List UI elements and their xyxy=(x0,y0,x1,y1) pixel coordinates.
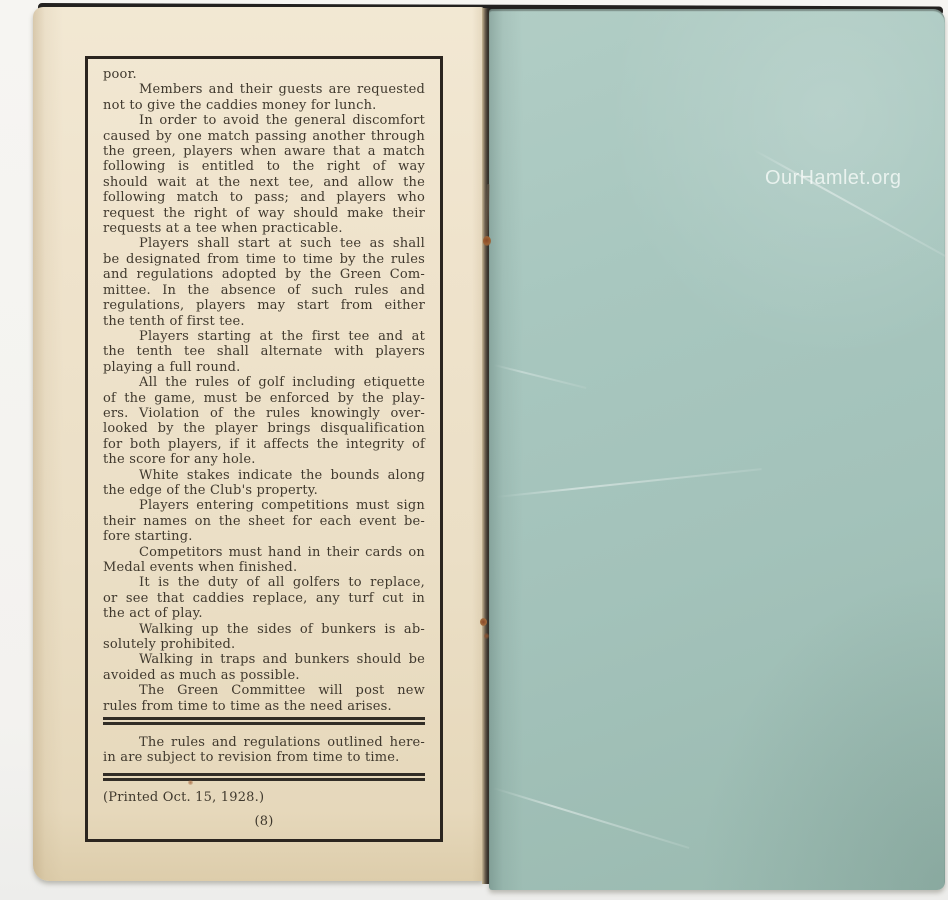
text-line: their names on the sheet for each event … xyxy=(103,514,425,529)
watermark-text: OurHamlet.org xyxy=(765,167,901,190)
text-line: Competitors must hand in their cards on xyxy=(103,545,425,560)
text-line: mittee. In the absence of such rules and xyxy=(103,283,425,298)
text-line: rules from time to time as the need aris… xyxy=(103,699,425,714)
rust-speck xyxy=(188,780,193,785)
text-line: poor. xyxy=(103,67,425,82)
text-line: Players shall start at such tee as shall xyxy=(103,236,425,251)
right-page-back-cover: OurHamlet.org xyxy=(489,9,945,890)
text-line: fore starting. xyxy=(103,529,425,544)
text-line: requests at a tee when practicable. xyxy=(103,221,425,236)
text-line: Members and their guests are requested xyxy=(103,82,425,97)
separator-rule-top xyxy=(103,717,425,725)
rust-speck xyxy=(484,633,489,639)
text-line: should wait at the next tee, and allow t… xyxy=(103,175,425,190)
cover-crease xyxy=(493,787,690,849)
text-line: of the game, must be enforced by the pla… xyxy=(103,391,425,406)
page-number: (8) xyxy=(103,814,425,829)
text-line: All the rules of golf including etiquett… xyxy=(103,375,425,390)
text-line: In order to avoid the general discomfort xyxy=(103,113,425,128)
text-line: It is the duty of all golfers to replace… xyxy=(103,575,425,590)
text-line: playing a full round. xyxy=(103,360,425,375)
text-line: Medal events when finished. xyxy=(103,560,425,575)
text-line: looked by the player brings disqualifica… xyxy=(103,421,425,436)
text-line: following match to pass; and players who xyxy=(103,190,425,205)
text-line: following is entitled to the right of wa… xyxy=(103,159,425,174)
cover-crease xyxy=(496,468,762,498)
text-line: The rules and regulations outlined here- xyxy=(103,735,425,750)
text-line: Walking in traps and bunkers should be xyxy=(103,652,425,667)
text-line: solutely prohibited. xyxy=(103,637,425,652)
rules-text: poor.Members and their guests are reques… xyxy=(103,67,425,830)
revision-notice: The rules and regulations outlined here-… xyxy=(103,735,425,766)
cover-crease xyxy=(754,149,945,258)
text-line: in are subject to revision from time to … xyxy=(103,750,425,765)
rules-body: poor.Members and their guests are reques… xyxy=(103,67,425,714)
text-line: avoided as much as possible. xyxy=(103,668,425,683)
text-line: The Green Committee will post new xyxy=(103,683,425,698)
text-line: and regulations adopted by the Green Com… xyxy=(103,267,425,282)
text-line: Players starting at the first tee and at xyxy=(103,329,425,344)
text-line: regulations, players may start from eith… xyxy=(103,298,425,313)
printed-date-line: (Printed Oct. 15, 1928.) xyxy=(103,790,425,805)
text-line: be designated from time to time by the r… xyxy=(103,252,425,267)
text-line: the tenth of first tee. xyxy=(103,314,425,329)
text-line: Players entering competitions must sign xyxy=(103,498,425,513)
text-line: Walking up the sides of bunkers is ab- xyxy=(103,622,425,637)
rust-speck xyxy=(483,236,491,246)
text-line: the green, players when aware that a mat… xyxy=(103,144,425,159)
rust-speck xyxy=(480,618,487,626)
text-line: White stakes indicate the bounds along xyxy=(103,468,425,483)
text-line: the edge of the Club's property. xyxy=(103,483,425,498)
text-line: request the right of way should make the… xyxy=(103,206,425,221)
left-page: poor.Members and their guests are reques… xyxy=(33,7,484,881)
printed-border-frame: poor.Members and their guests are reques… xyxy=(85,56,443,842)
text-line: the score for any hole. xyxy=(103,452,425,467)
scanned-booklet-spread: poor.Members and their guests are reques… xyxy=(0,0,948,900)
text-line: or see that caddies replace, any turf cu… xyxy=(103,591,425,606)
cover-crease xyxy=(494,364,587,389)
text-line: ers. Violation of the rules knowingly ov… xyxy=(103,406,425,421)
text-line: the act of play. xyxy=(103,606,425,621)
text-line: not to give the caddies money for lunch. xyxy=(103,98,425,113)
text-line: the tenth tee shall alternate with playe… xyxy=(103,344,425,359)
text-line: caused by one match passing another thro… xyxy=(103,129,425,144)
text-line: for both players, if it affects the inte… xyxy=(103,437,425,452)
separator-rule-bottom xyxy=(103,773,425,781)
